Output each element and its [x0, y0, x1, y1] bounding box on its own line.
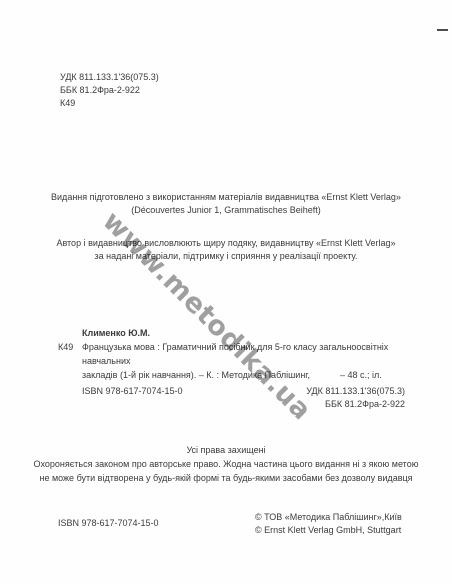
rights-line3: не може бути відтворена у будь-якій форм…	[0, 471, 452, 485]
catalog-entry-line1: Французька мова : Граматичний посібник д…	[82, 340, 438, 368]
copyright-block: © ТОВ «Методика Паблішинг»,Київ © Ernst …	[255, 511, 402, 537]
bbk-code: ББК 81.2Фра-2-922	[60, 84, 159, 97]
top-classification-block: УДК 811.133.1'36(075.3) ББК 81.2Фра-2-92…	[60, 71, 159, 110]
catalog-entry-code: К49	[58, 340, 82, 382]
catalog-entry-line2: закладів (1-й рік навчання). – К. : Мето…	[82, 368, 438, 382]
catalog-entry-text: Французька мова : Граматичний посібник д…	[82, 340, 438, 382]
rights-reserved-note: Усі права захищені Охороняється законом …	[0, 443, 452, 485]
right-classification-block: УДК 811.133.1'36(075.3) ББК 81.2Фра-2-92…	[306, 385, 405, 411]
copyright-publisher: © ТОВ «Методика Паблішинг»,Київ	[255, 511, 402, 524]
klett-source-note-line1: Видання підготовлено з використанням мат…	[0, 191, 452, 204]
acknowledgement-note-line1: Автор і видавництво висловлюють щиру под…	[0, 237, 452, 250]
catalog-entry-line2-part1: закладів (1-й рік навчання). – К. : Мето…	[82, 370, 310, 380]
rights-line1: Усі права захищені	[0, 443, 452, 457]
klett-source-note-line2: (Découvertes Junior 1, Grammatisches Bei…	[0, 204, 452, 217]
catalog-entry-line2-part2: – 48 с.; іл.	[340, 370, 382, 380]
footer-isbn: ISBN 978-617-7074-15-0	[58, 517, 159, 530]
author-name: Клименко Ю.М.	[82, 326, 438, 340]
imprint-page: УДК 811.133.1'36(075.3) ББК 81.2Фра-2-92…	[0, 0, 452, 584]
udk-code-right: УДК 811.133.1'36(075.3)	[306, 385, 405, 398]
rights-line2: Охороняється законом про авторське право…	[0, 457, 452, 471]
catalog-entry: К49 Французька мова : Граматичний посібн…	[58, 340, 438, 382]
bbk-code-right: ББК 81.2Фра-2-922	[306, 398, 405, 411]
acknowledgement-note-line2: за надані матеріали, підтримку і сприянн…	[0, 250, 452, 263]
udk-code: УДК 811.133.1'36(075.3)	[60, 71, 159, 84]
klett-source-note: Видання підготовлено з використанням мат…	[0, 191, 452, 217]
crop-mark	[437, 29, 448, 31]
author-sign-code: К49	[60, 97, 159, 110]
acknowledgement-note: Автор і видавництво висловлюють щиру под…	[0, 237, 452, 263]
copyright-klett: © Ernst Klett Verlag GmbH, Stuttgart	[255, 524, 402, 537]
